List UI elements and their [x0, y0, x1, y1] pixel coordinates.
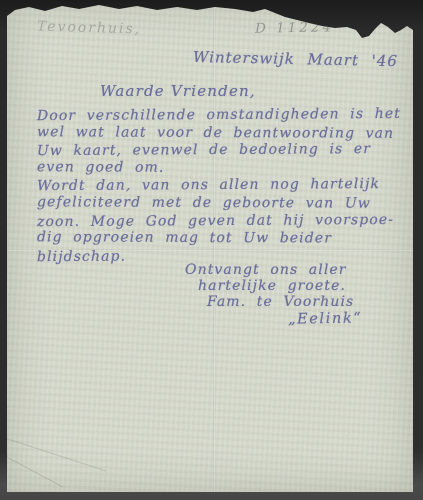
salutation: Waarde Vrienden, [100, 82, 256, 100]
handwritten-line: gefeliciteerd met de geboorte van Uw [37, 194, 401, 213]
letter-paper: Tevoorhuis, D 11224 Winterswijk Maart '4… [7, 0, 413, 492]
handwritten-line: dig opgroeien mag tot Uw beider [37, 229, 401, 248]
date-line: Winterswijk Maart '46 [193, 48, 398, 70]
signature: „Eelink“ [288, 310, 363, 327]
handwritten-line: zoon. Moge God geven dat hij voorspoe- [37, 211, 401, 231]
archival-note-left: Tevoorhuis, [37, 19, 142, 38]
letter-body: Door verschillende omstandigheden is het… [37, 107, 401, 265]
bottom-left-crease [0, 434, 106, 473]
closing-line: hartelijke groete. [198, 278, 354, 294]
handwritten-line: Wordt dan, van ons allen nog hartelijk [37, 176, 401, 196]
photo-background: Tevoorhuis, D 11224 Winterswijk Maart '4… [0, 0, 423, 500]
letter-closing: Ontvangt ons aller hartelijke groete. Fa… [185, 262, 354, 311]
closing-line: Ontvangt ons aller [185, 262, 354, 278]
handwritten-line: wel wat laat voor de beantwoording van [37, 124, 401, 143]
bottom-left-crease-small [1, 454, 63, 488]
handwritten-line: Uw kaart, evenwel de bedoeling is er [37, 141, 401, 161]
closing-line: Fam. te Voorhuis [207, 294, 354, 310]
archival-reference-number: D 11224 [255, 19, 334, 36]
handwritten-line: Door verschillende omstandigheden is het [37, 106, 401, 126]
